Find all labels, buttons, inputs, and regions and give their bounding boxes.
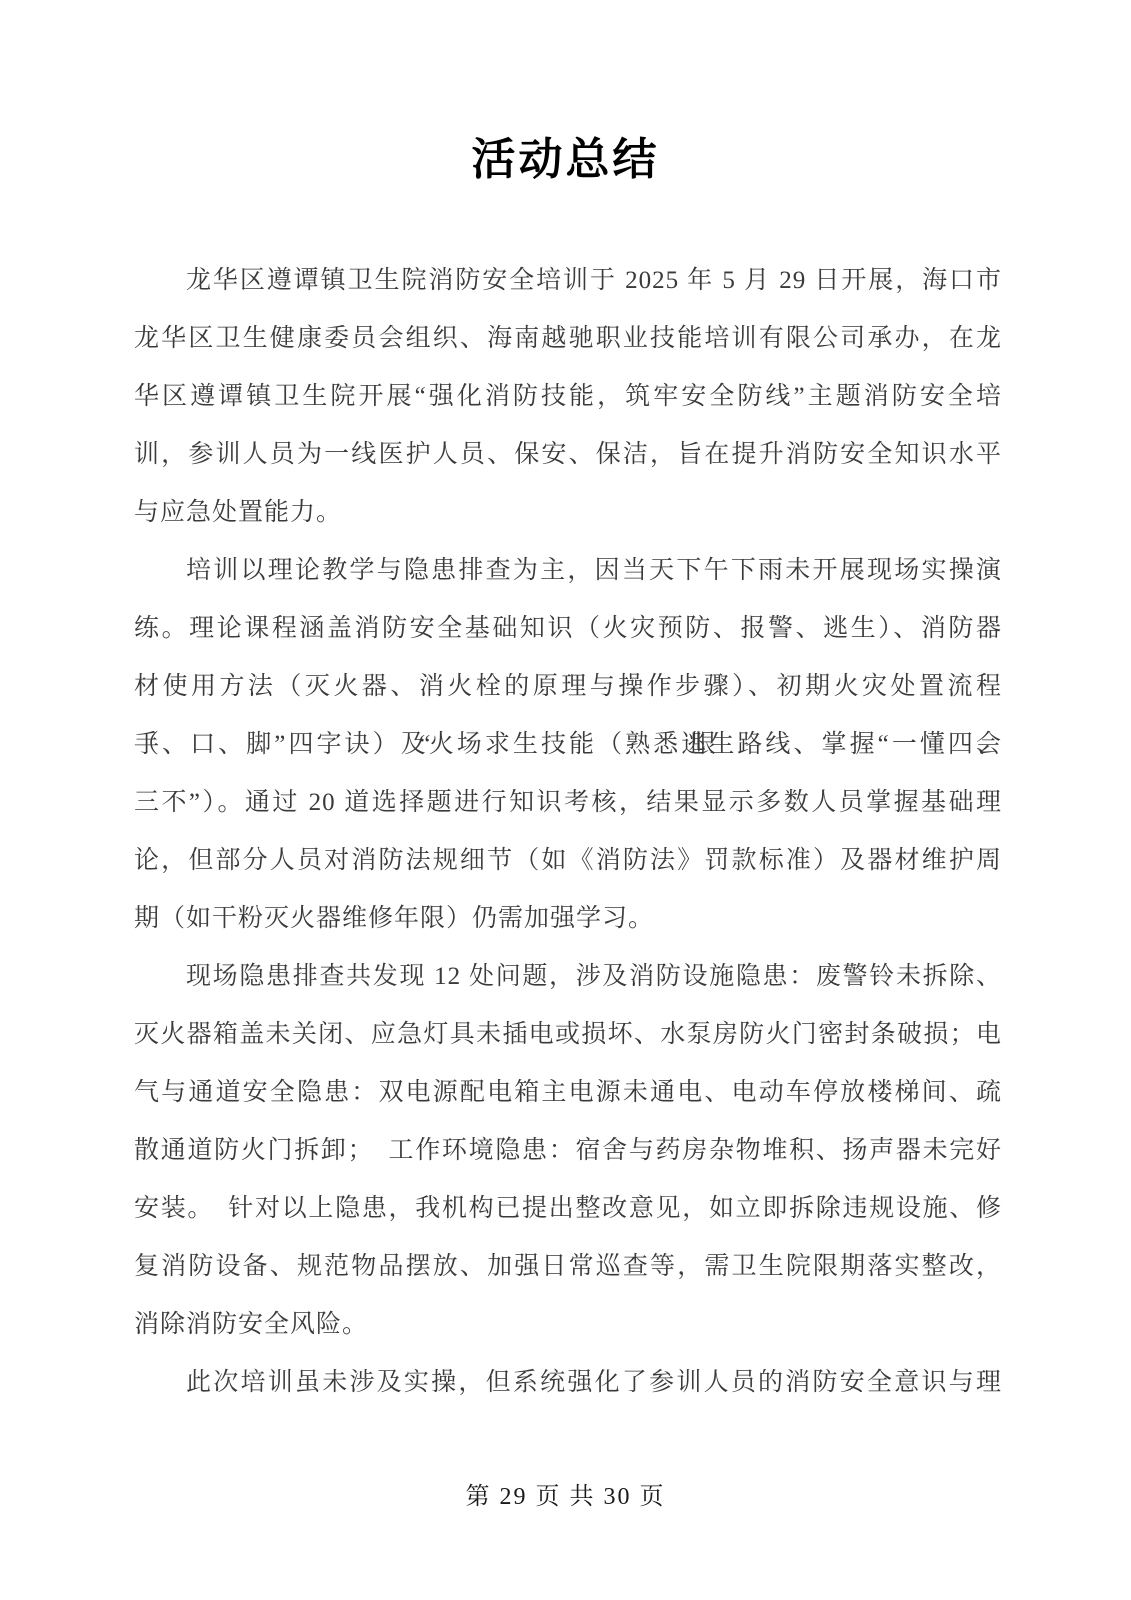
- text-line: 三不”）。通过 20 道选择题进行知识考核，结果显示多数人员掌握基础理: [134, 774, 1002, 832]
- text-line: 气与通道安全隐患：双电源配电箱主电源未通电、电动车停放楼梯间、疏: [134, 1064, 1002, 1122]
- page-number-footer: 第 29 页 共 30 页: [0, 1480, 1131, 1514]
- text-line: 培训以理论教学与隐患排查为主，因当天下午下雨未开展现场实操演: [134, 542, 1002, 600]
- text-line: 论，但部分人员对消防法规细节（如《消防法》罚款标准）及器材维护周: [134, 832, 1002, 890]
- text-line: 安装。 针对以上隐患，我机构已提出整改意见，如立即拆除违规设施、修: [134, 1180, 1002, 1238]
- text-line: 训，参训人员为一线医护人员、保安、保洁，旨在提升消防安全知识水平: [134, 426, 1002, 484]
- text-line: 此次培训虽未涉及实操，但系统强化了参训人员的消防安全意识与理: [134, 1354, 1002, 1412]
- text-line: 华区遵谭镇卫生院开展“强化消防技能，筑牢安全防线”主题消防安全培: [134, 368, 1002, 426]
- text-line: 灭火器箱盖未关闭、应急灯具未插电或损坏、水泵房防火门密封条破损；电: [134, 1006, 1002, 1064]
- text-line: 现场隐患排查共发现 12 处问题，涉及消防设施隐患：废警铃未拆除、: [134, 948, 1002, 1006]
- document-page: 活动总结 龙华区遵谭镇卫生院消防安全培训于 2025 年 5 月 29 日开展，…: [0, 0, 1131, 1600]
- text-line: 散通道防火门拆卸； 工作环境隐患：宿舍与药房杂物堆积、扬声器未完好: [134, 1122, 1002, 1180]
- text-line: 复消防设备、规范物品摆放、加强日常巡查等，需卫生院限期落实整改，: [134, 1238, 1002, 1296]
- document-body: 龙华区遵谭镇卫生院消防安全培训于 2025 年 5 月 29 日开展，海口市龙华…: [134, 252, 1002, 1412]
- text-line: 与应急处置能力。: [134, 484, 1002, 542]
- text-line: 期（如干粉灭火器维修年限）仍需加强学习。: [134, 890, 1002, 948]
- text-line: 手、口、脚”四字诀）及火场求生技能（熟悉逃生路线、掌握“一懂四会: [134, 716, 1002, 774]
- text-line: 消除消防安全风险。: [134, 1296, 1002, 1354]
- text-line: 龙华区卫生健康委员会组织、海南越驰职业技能培训有限公司承办，在龙: [134, 310, 1002, 368]
- page-title: 活动总结: [0, 130, 1131, 190]
- text-line: 练。理论课程涵盖消防安全基础知识（火灾预防、报警、逃生）、消防器: [134, 600, 1002, 658]
- text-line: 材使用方法（灭火器、消火栓的原理与操作步骤）、初期火灾处置流程（“眼、: [134, 658, 1002, 716]
- text-line: 龙华区遵谭镇卫生院消防安全培训于 2025 年 5 月 29 日开展，海口市: [134, 252, 1002, 310]
